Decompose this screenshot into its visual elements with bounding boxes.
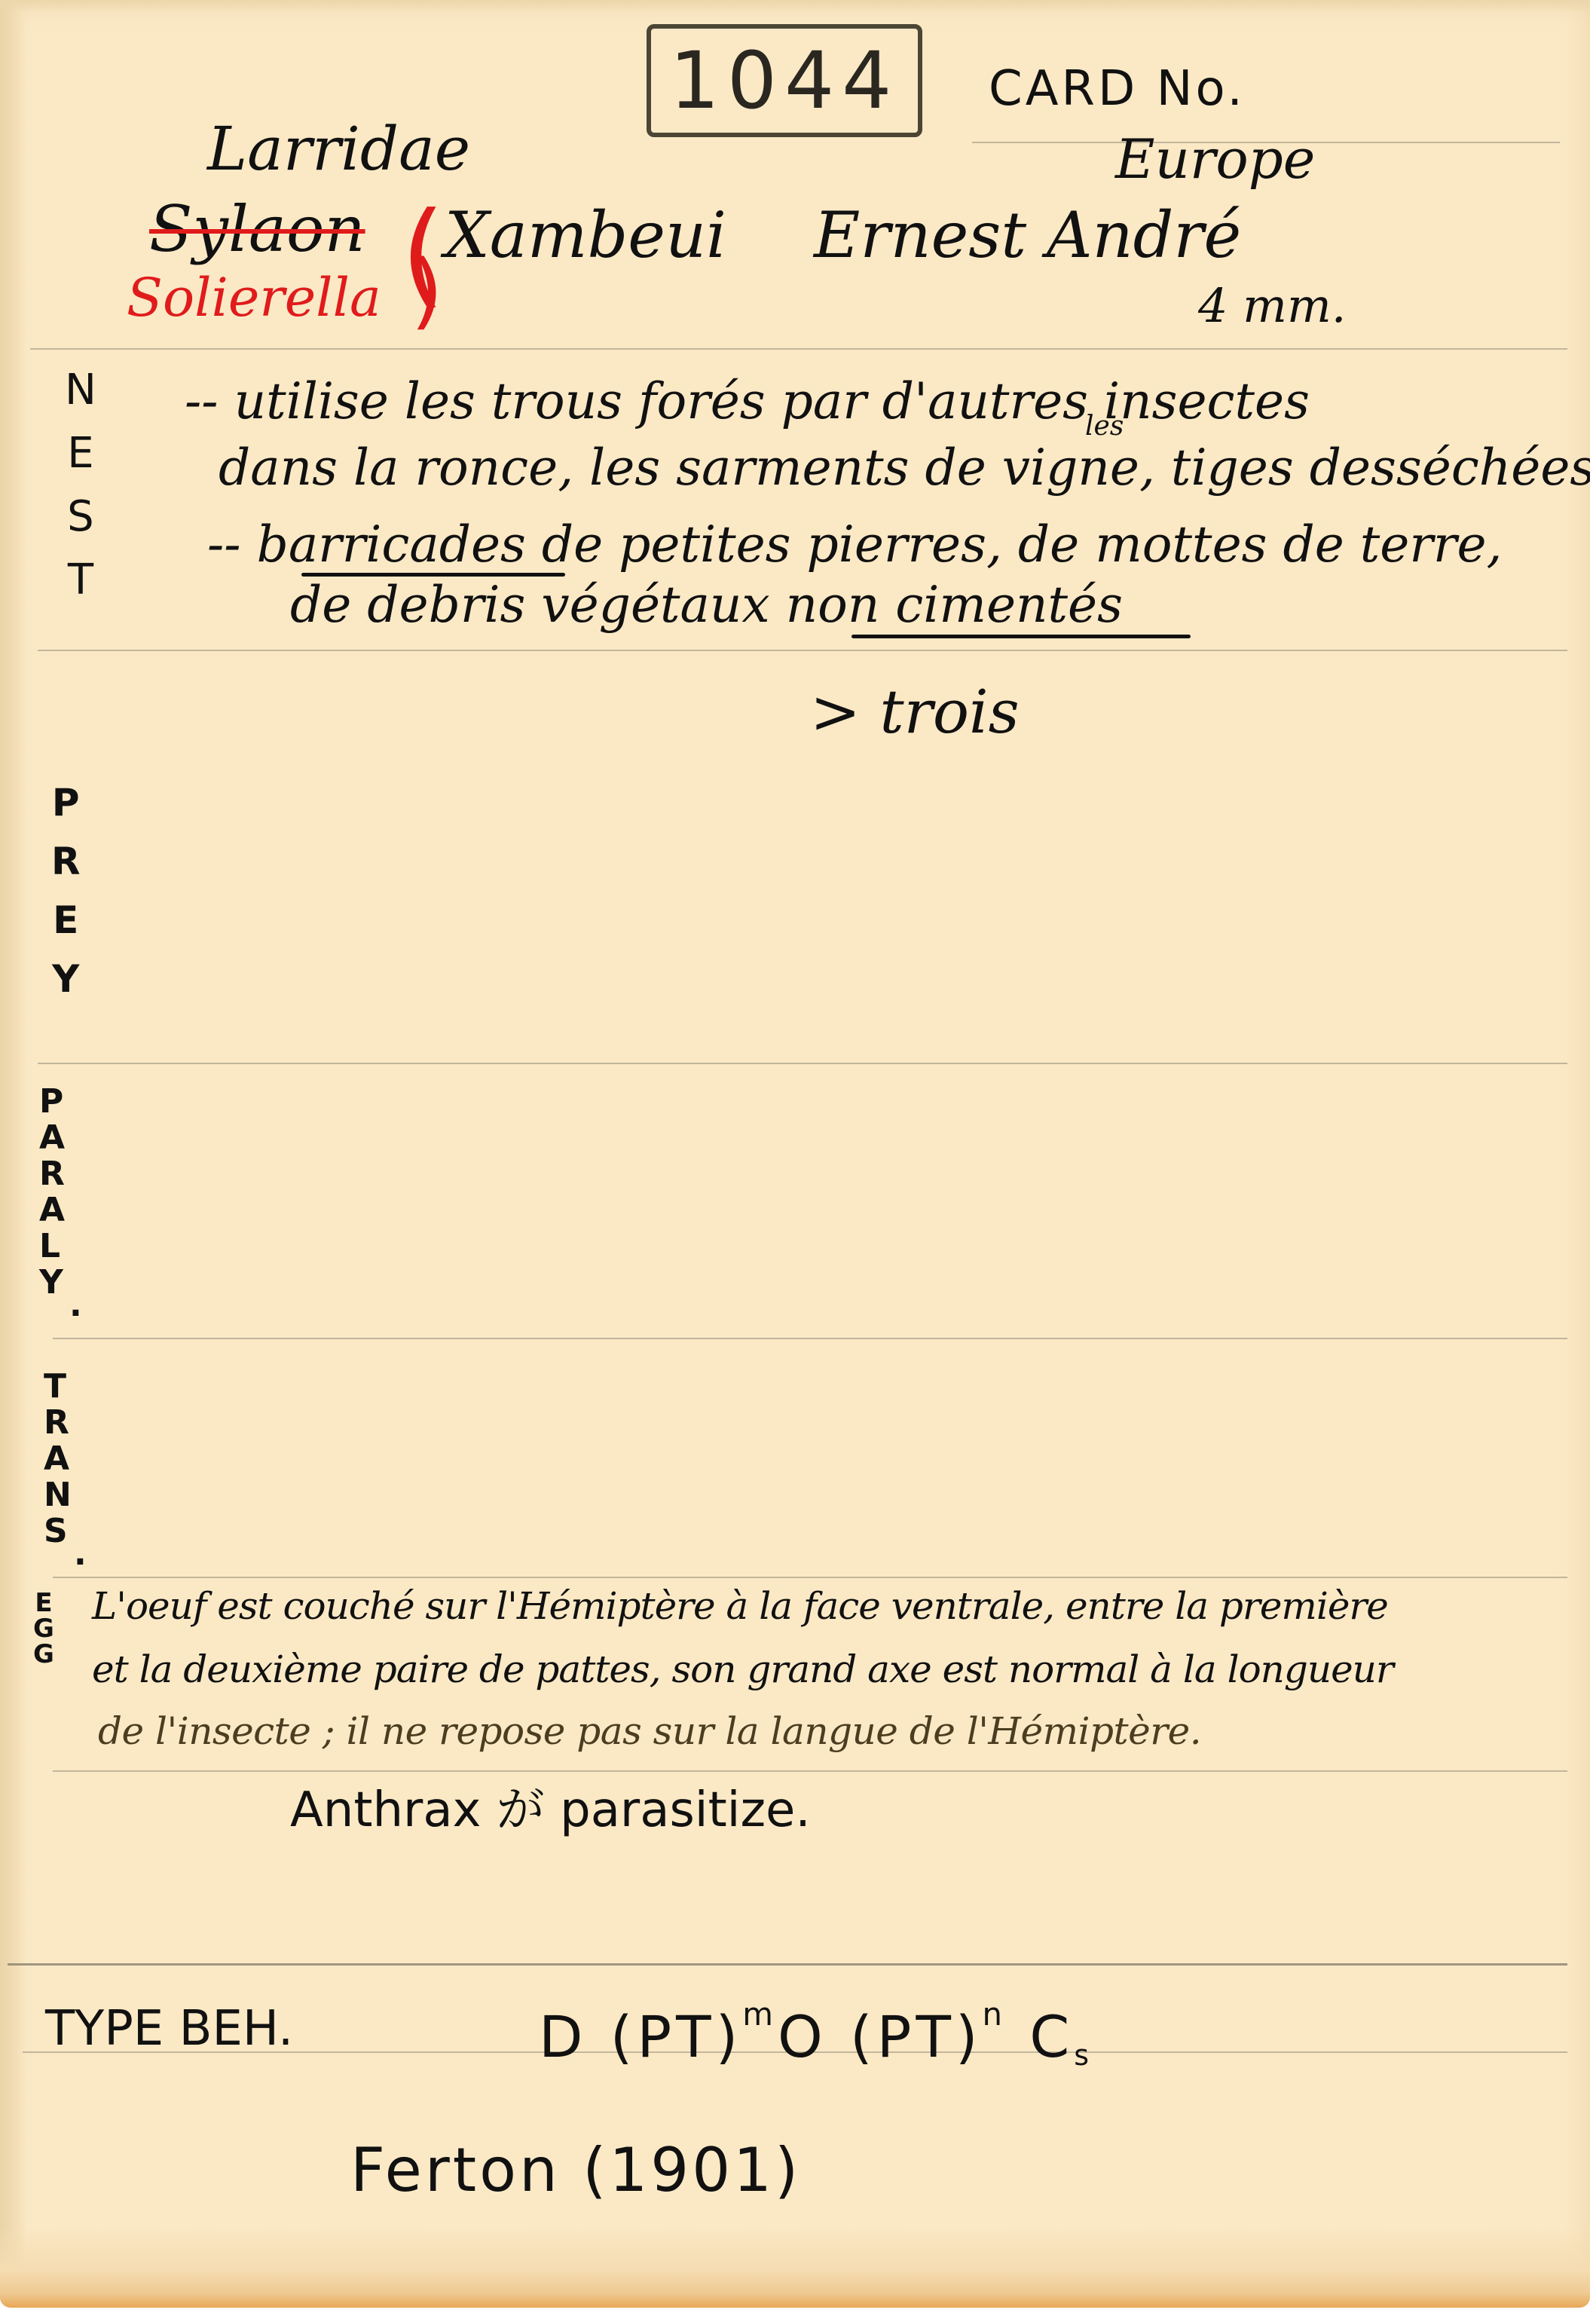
genus-struck: Sylaon (149, 197, 365, 261)
card-number-box: 1044 (647, 24, 922, 137)
family-name: Larridae (207, 119, 470, 179)
card-bottom-stain (0, 2225, 1590, 2308)
egg-line-1: L'oeuf est couché sur l'Hémiptère à la f… (92, 1587, 1388, 1625)
nest-line-3: -- barricades de petites pierres, de mot… (207, 520, 1502, 570)
red-brace-close-icon: ) (411, 249, 443, 332)
nest-insert-les: les (1085, 413, 1124, 440)
rule-prey (38, 1063, 1567, 1064)
egg-label: E G G (33, 1590, 54, 1667)
paraly-label: P A R A L Y . (39, 1085, 82, 1322)
card-left-edge (0, 0, 26, 2308)
nest-line-4: de debris végétaux non cimentés (290, 580, 1123, 630)
card-top-edge (0, 0, 1590, 12)
species-name: Xambeui (445, 203, 726, 267)
region: Europe (1115, 132, 1315, 186)
rule-nest (38, 650, 1567, 651)
author-name: Ernest André (814, 203, 1241, 267)
underline-barricades (301, 573, 565, 577)
nest-line-3-text: -- barricades de petites pierres, de mot… (207, 515, 1502, 574)
card-number: 1044 (670, 35, 900, 127)
prey-label: P R E Y (51, 784, 81, 998)
type-beh-formula: D (PT)mO (PT)n Cs (539, 1999, 1093, 2070)
specimen-size: 4 mm. (1198, 283, 1346, 329)
rule-type-beh (8, 1963, 1567, 1966)
nest-line-2: dans la ronce, les sarments de vigne, ti… (219, 443, 1590, 493)
type-beh-label: TYPE BEH. (45, 2005, 293, 2053)
rule-trans (53, 1577, 1567, 1578)
underline-non-cimentes (852, 635, 1191, 638)
rule-egg (53, 1770, 1567, 1772)
egg-line-3: de l'insecte ; il ne repose pas sur la l… (98, 1712, 1201, 1750)
egg-line-2: et la deuxième paire de pattes, son gran… (92, 1650, 1393, 1688)
nest-label: N E S T (65, 369, 96, 601)
genus-correction: Solierella (127, 271, 381, 324)
rule-paraly (53, 1338, 1567, 1339)
nest-note-trois: > trois (810, 682, 1020, 742)
egg-note-anthrax: Anthrax が parasitize. (290, 1786, 811, 1834)
nest-line-1: -- utilise les trous forés par d'autres … (185, 377, 1310, 427)
index-card: 1044 CARD No. Larridae Europe Sylaon ( X… (0, 0, 1590, 2308)
reference-citation: Ferton (1901) (350, 2140, 801, 2201)
card-no-label: CARD No. (989, 65, 1246, 113)
rule-header (30, 348, 1567, 350)
trans-label: T R A N S . (44, 1370, 87, 1571)
